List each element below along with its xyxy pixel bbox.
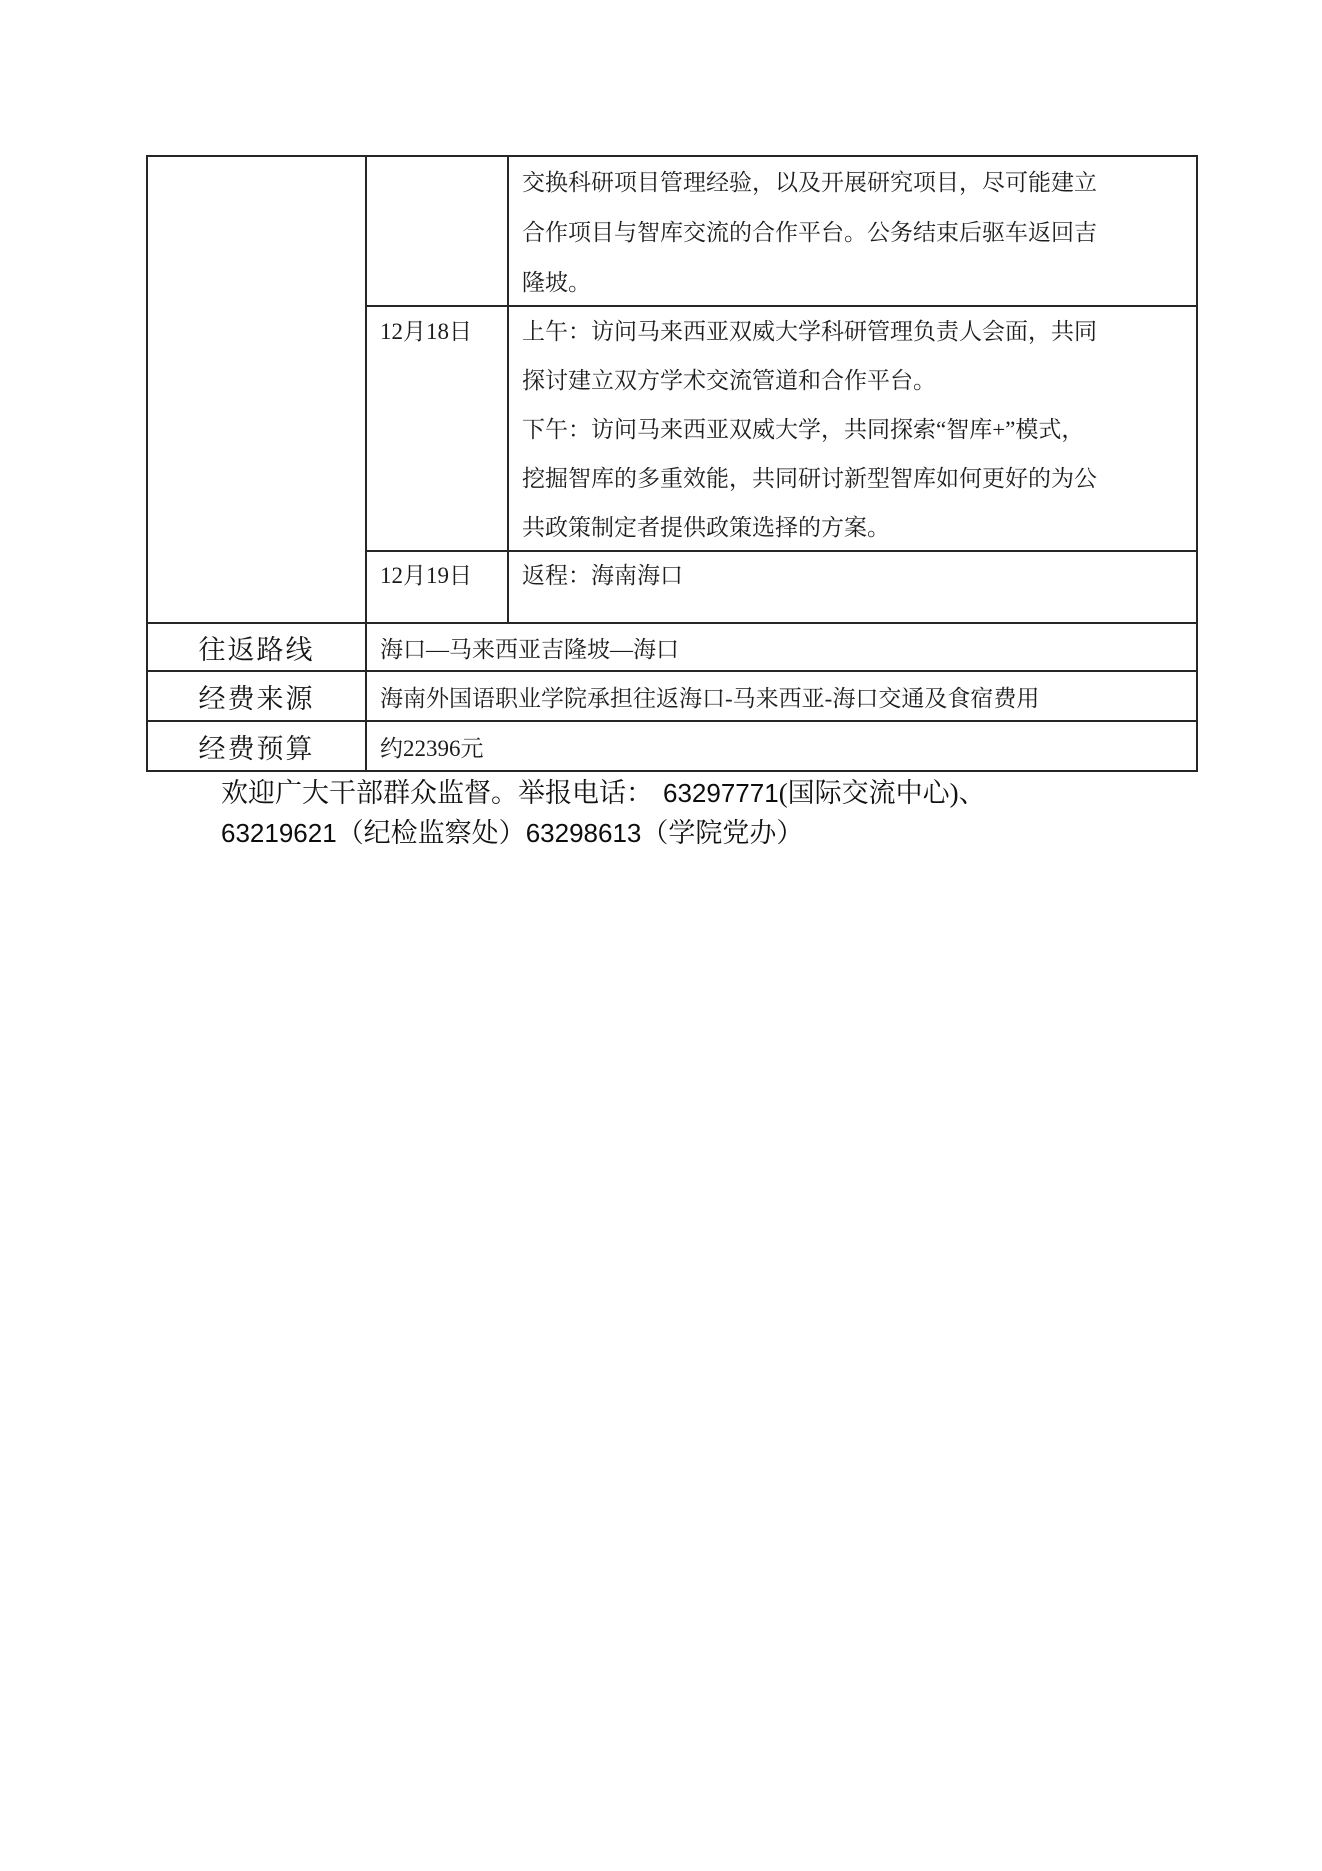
info-label: 经费来源 [148,672,367,720]
notice-line-2: 63219621（纪检监察处）63298613（学院党办） [221,813,986,853]
schedule-row-dec18: 12月18日 上午：访问马来西亚双威大学科研管理负责人会面，共同 探讨建立双方学… [367,307,1196,552]
info-value: 海口—马来西亚吉隆坡—海口 [367,624,1196,670]
content-line: 隆坡。 [522,258,1188,308]
content-line: 返程：海南海口 [522,553,1188,599]
phone-number: 63219621 [221,818,337,848]
info-row-route: 往返路线 海口—马来西亚吉隆坡—海口 [148,622,1196,670]
schedule-rows: 交换科研项目管理经验，以及开展研究项目，尽可能建立 合作项目与智库交流的合作平台… [367,157,1196,622]
content-cell: 交换科研项目管理经验，以及开展研究项目，尽可能建立 合作项目与智库交流的合作平台… [509,157,1196,305]
info-label: 往返路线 [148,624,367,670]
info-value: 约22396元 [367,722,1196,770]
phone-label: （学院党办） [641,818,803,848]
content-cell: 上午：访问马来西亚双威大学科研管理负责人会面，共同 探讨建立双方学术交流管道和合… [509,307,1196,550]
phone-label: （纪检监察处） [337,818,526,848]
content-line: 共政策制定者提供政策选择的方案。 [522,503,1188,552]
phone-number: 63297771 [663,778,779,808]
notice-line-1: 欢迎广大干部群众监督。举报电话：63297771(国际交流中心)、 [221,773,986,813]
phone-number: 63298613 [526,818,642,848]
info-row-funding-source: 经费来源 海南外国语职业学院承担往返海口-马来西亚-海口交通及食宿费用 [148,670,1196,720]
info-value: 海南外国语职业学院承担往返海口-马来西亚-海口交通及食宿费用 [367,672,1196,720]
content-line: 上午：访问马来西亚双威大学科研管理负责人会面，共同 [522,307,1188,356]
schedule-merged-empty-cell [148,157,367,622]
itinerary-table: 交换科研项目管理经验，以及开展研究项目，尽可能建立 合作项目与智库交流的合作平台… [146,155,1198,772]
content-line: 下午：访问马来西亚双威大学，共同探索“智库+”模式， [522,405,1188,454]
date-cell: 12月18日 [367,307,509,550]
notice-text: 欢迎广大干部群众监督。举报电话： [221,778,653,808]
date-cell: 12月19日 [367,552,509,622]
phone-label: (国际交流中心)、 [779,778,986,808]
date-cell [367,157,509,305]
schedule-section: 交换科研项目管理经验，以及开展研究项目，尽可能建立 合作项目与智库交流的合作平台… [148,157,1196,622]
schedule-row-continuation: 交换科研项目管理经验，以及开展研究项目，尽可能建立 合作项目与智库交流的合作平台… [367,157,1196,307]
content-line: 交换科研项目管理经验，以及开展研究项目，尽可能建立 [522,158,1188,208]
content-line: 挖掘智库的多重效能，共同研讨新型智库如何更好的为公 [522,454,1188,503]
content-line: 合作项目与智库交流的合作平台。公务结束后驱车返回吉 [522,208,1188,258]
info-label: 经费预算 [148,722,367,770]
info-row-budget: 经费预算 约22396元 [148,720,1196,770]
content-line: 探讨建立双方学术交流管道和合作平台。 [522,356,1188,405]
schedule-row-dec19: 12月19日 返程：海南海口 [367,552,1196,622]
content-cell: 返程：海南海口 [509,552,1196,622]
supervision-notice: 欢迎广大干部群众监督。举报电话：63297771(国际交流中心)、 632196… [221,773,986,853]
document-page: 交换科研项目管理经验，以及开展研究项目，尽可能建立 合作项目与智库交流的合作平台… [0,0,1322,1871]
